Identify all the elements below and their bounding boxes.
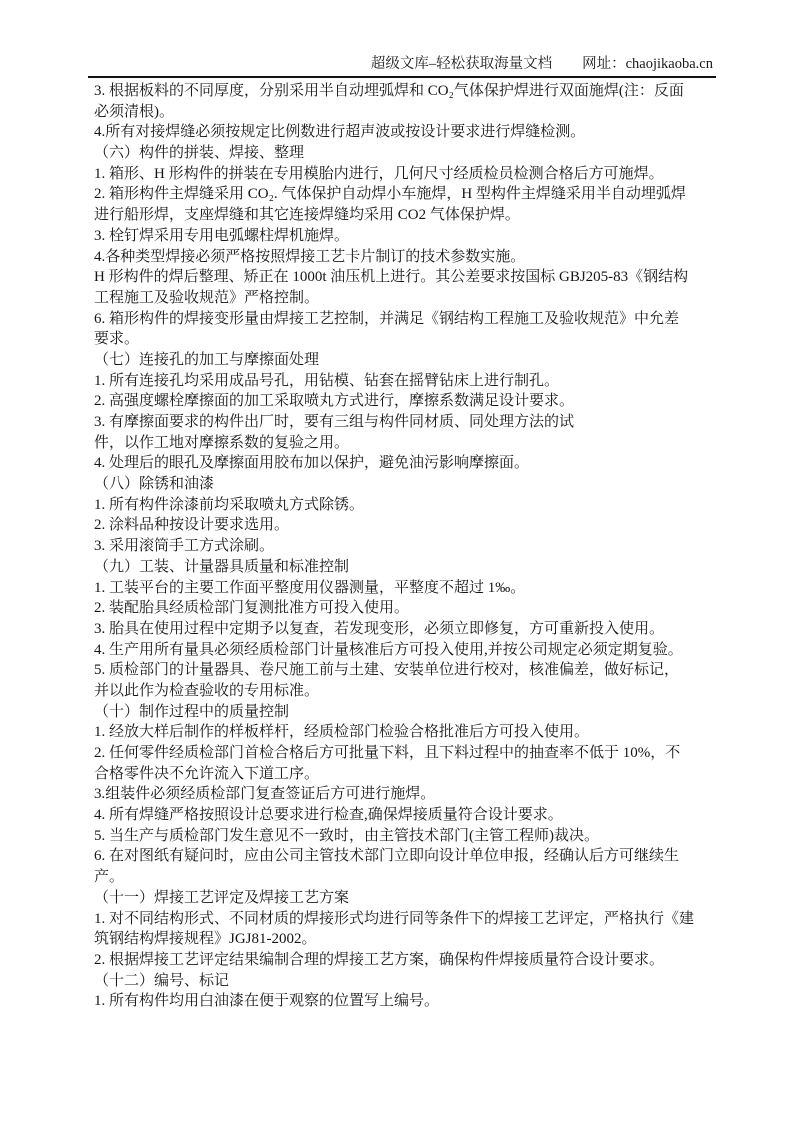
- text-line: 2. 装配胎具经质检部门复测批准方可投入使用。: [94, 598, 719, 619]
- text-line: 5. 质检部门的计量器具、卷尺施工前与土建、安装单位进行校对，核准偏差，做好标记…: [94, 660, 719, 681]
- page-header: 超级文库–轻松获取海量文档网址：chaojikaoba.cn: [371, 52, 713, 73]
- text-line: 4. 处理后的眼孔及摩擦面用胶布加以保护，避免油污影响摩擦面。: [94, 453, 719, 474]
- text-line: 4. 生产用所有量具必须经质检部门计量核准后方可投入使用,并按公司规定必须定期复…: [94, 640, 719, 661]
- text-line: 1. 工装平台的主要工作面平整度用仪器测量，平整度不超过 1‰。: [94, 578, 719, 599]
- text-line: H 形构件的焊后整理、矫正在 1000t 油压机上进行。其公差要求按国标 GBJ…: [94, 267, 719, 288]
- text-line: 4.各种类型焊接必须严格按照焊接工艺卡片制订的技术参数实施。: [94, 247, 719, 268]
- text-line: 并以此作为检查验收的专用标准。: [94, 681, 719, 702]
- text-line: 2. 涂料品种按设计要求选用。: [94, 515, 719, 536]
- text-line: 4. 所有焊缝严格按照设计总要求进行检查,确保焊接质量符合设计要求。: [94, 805, 719, 826]
- text-line: 必须清根)。: [94, 102, 719, 123]
- section-heading: （八）除锈和油漆: [94, 474, 719, 495]
- text-line: 2. 高强度螺栓摩擦面的加工采取喷丸方式进行，摩擦系数满足设计要求。: [94, 391, 719, 412]
- text-line: 5. 当生产与质检部门发生意见不一致时，由主管技术部门(主管工程师)裁决。: [94, 826, 719, 847]
- text-line: 2. 箱形构件主焊缝采用 CO₂. 气体保护自动焊小车施焊，H 型构件主焊缝采用…: [94, 184, 719, 205]
- text-line: 2. 任何零件经质检部门首检合格后方可批量下料，且下料过程中的抽查率不低于 10…: [94, 743, 719, 764]
- text-line: 合格零件决不允许流入下道工序。: [94, 764, 719, 785]
- header-divider: [88, 76, 716, 78]
- text-line: 1. 所有构件涂漆前均采取喷丸方式除锈。: [94, 495, 719, 516]
- text-line: 1. 箱形、H 形构件的拼装在专用模胎内进行，几何尺寸经质检员检测合格后方可施焊…: [94, 164, 719, 185]
- header-url-label: 网址：chaojikaoba.cn: [582, 56, 713, 72]
- text-line: 进行船形焊，支座焊缝和其它连接焊缝均采用 CO2 气体保护焊。: [94, 205, 719, 226]
- text-line: 工程施工及验收规范》严格控制。: [94, 288, 719, 309]
- text-line: 1. 所有构件均用白油漆在便于观察的位置写上编号。: [94, 991, 719, 1012]
- text-line: 6. 在对图纸有疑问时，应由公司主管技术部门立即向设计单位申报，经确认后方可继续…: [94, 846, 719, 867]
- text-line: 1. 所有连接孔均采用成品号孔，用钻模、钻套在摇臂钻床上进行制孔。: [94, 371, 719, 392]
- section-heading: （十二）编号、标记: [94, 971, 719, 992]
- document-page: 超级文库–轻松获取海量文档网址：chaojikaoba.cn 3. 根据板料的不…: [0, 0, 793, 1122]
- section-heading: （七）连接孔的加工与摩擦面处理: [94, 350, 719, 371]
- text-line: 3. 根据板料的不同厚度，分别采用半自动埋弧焊和 CO₂气体保护焊进行双面施焊(…: [94, 81, 719, 102]
- header-site-label: 超级文库–轻松获取海量文档: [371, 56, 552, 72]
- text-line: 3. 有摩擦面要求的构件出厂时，要有三组与构件同材质、同处理方法的试: [94, 412, 719, 433]
- document-body: 3. 根据板料的不同厚度，分别采用半自动埋弧焊和 CO₂气体保护焊进行双面施焊(…: [94, 81, 719, 1012]
- text-line: 3. 胎具在使用过程中定期予以复查，若发现变形，必须立即修复，方可重新投入使用。: [94, 619, 719, 640]
- section-heading: （九）工装、计量器具质量和标准控制: [94, 557, 719, 578]
- text-line: 要求。: [94, 329, 719, 350]
- text-line: 6. 箱形构件的焊接变形量由焊接工艺控制，并满足《钢结构工程施工及验收规范》中允…: [94, 309, 719, 330]
- text-line: 2. 根据焊接工艺评定结果编制合理的焊接工艺方案，确保构件焊接质量符合设计要求。: [94, 950, 719, 971]
- text-line: 3. 采用滚筒手工方式涂刷。: [94, 536, 719, 557]
- text-line: 1. 对不同结构形式、不同材质的焊接形式均进行同等条件下的焊接工艺评定，严格执行…: [94, 909, 719, 930]
- text-line: 产。: [94, 867, 719, 888]
- text-line: 3. 栓钉焊采用专用电弧螺柱焊机施焊。: [94, 226, 719, 247]
- text-line: 4.所有对接焊缝必须按规定比例数进行超声波或按设计要求进行焊缝检测。: [94, 122, 719, 143]
- section-heading: （六）构件的拼装、焊接、整理: [94, 143, 719, 164]
- text-line: 3.组装件必须经质检部门复查签证后方可进行施焊。: [94, 784, 719, 805]
- section-heading: （十）制作过程中的质量控制: [94, 702, 719, 723]
- text-line: 筑钢结构焊接规程》JGJ81-2002。: [94, 929, 719, 950]
- text-line: 1. 经放大样后制作的样板样杆，经质检部门检验合格批准后方可投入使用。: [94, 722, 719, 743]
- text-line: 件，以作工地对摩擦系数的复验之用。: [94, 433, 719, 454]
- section-heading: （十一）焊接工艺评定及焊接工艺方案: [94, 888, 719, 909]
